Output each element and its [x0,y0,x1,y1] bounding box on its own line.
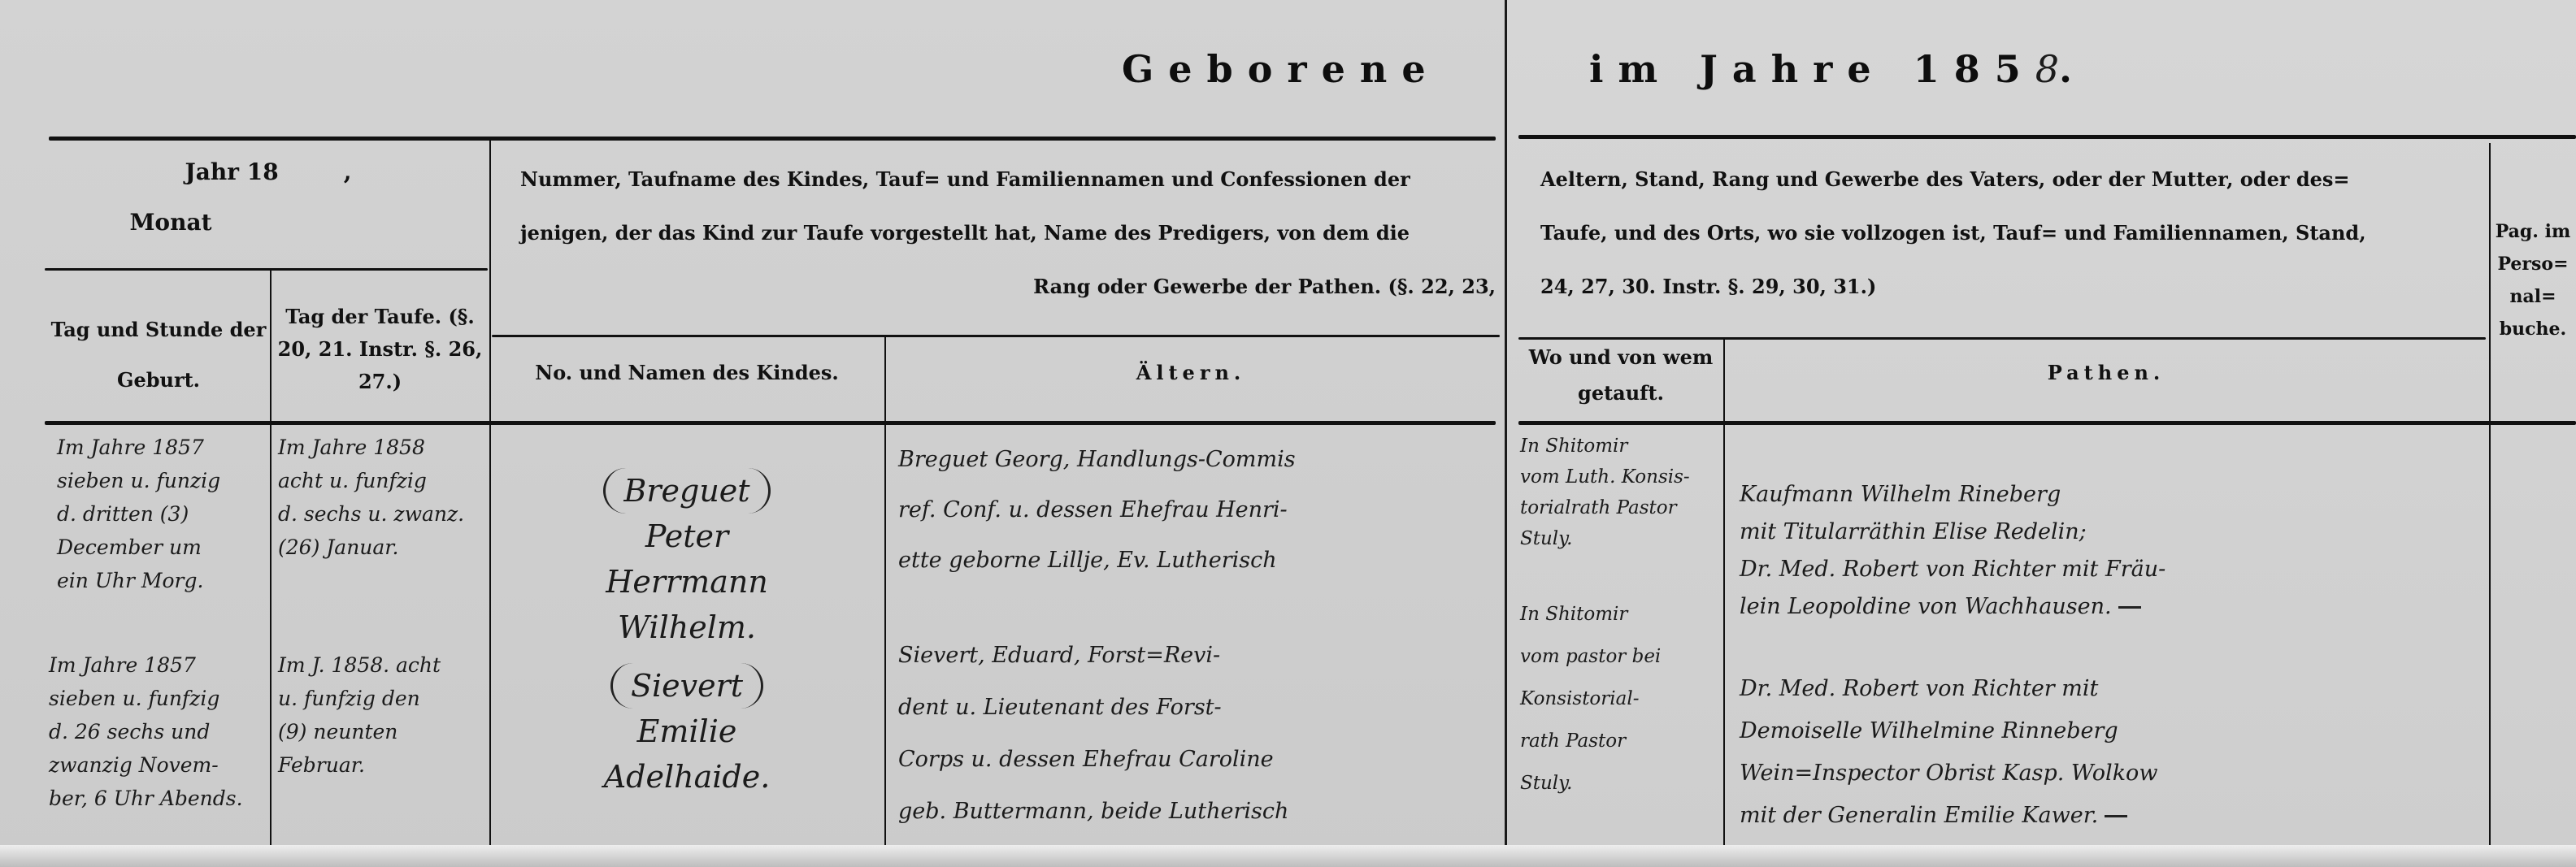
header-paragraph-right: Aeltern, Stand, Rang und Gewerbe des Vat… [1540,153,2475,314]
header-paragraph-left-line-3: Rang oder Gewerbe der Pathen. (§. 22, 23… [520,260,1496,314]
header-paragraph-left-line-1: Nummer, Taufname des Kindes, Tauf= und F… [520,153,1496,206]
header-top-rule [49,137,1496,141]
header-paragraph-left: Nummer, Taufname des Kindes, Tauf= und F… [520,153,1496,314]
entry-1-end-dash [2118,606,2141,609]
entry-1-birth: Im Jahre 1857 sieben u. funzig d. dritte… [57,431,268,597]
entry-1-godparents-text: Kaufmann Wilhelm Rineberg mit Titularrät… [1740,482,2165,619]
title-right: im Jahre 1858. [1589,47,2087,91]
body-top-rule-right [1518,421,2576,425]
header-paragraph-left-line-2: jenigen, der das Kind zur Taufe vorgeste… [520,206,1496,260]
col-header-pag: Pag. im Perso= nal= buche. [2492,215,2574,345]
divider-header-left [489,138,491,867]
col-header-parents: Ältern. [886,358,1496,388]
entry-2-child: Sievert Emilie Adelhaide. [496,618,878,845]
month-label: Monat [49,203,293,242]
entry-1-baptism: Im Jahre 1858 acht u. funfzig d. sechs u… [278,431,488,564]
entry-2-child-given: Emilie Adelhaide. [496,709,878,800]
year-label-comma: , [344,158,352,185]
title-year-handwritten-digit: 8 [2035,47,2059,91]
entry-2-godparents-text: Dr. Med. Robert von Richter mit Demoisel… [1740,676,2157,828]
entry-2-baptism: Im J. 1858. acht u. funfzig den (9) neun… [278,648,488,782]
entry-1-child-surname: Breguet [603,468,770,514]
entry-1-godparents: Kaufmann Wilhelm Rineberg mit Titularrät… [1740,439,2483,626]
header-paragraph-right-line-1: Aeltern, Stand, Rang und Gewerbe des Vat… [1540,153,2475,206]
entry-2-parents: Sievert, Eduard, Forst=Revi- dent u. Lie… [898,630,1500,838]
header-paragraph-right-line-3: 24, 27, 30. Instr. §. 29, 30, 31.) [1540,260,2475,314]
entry-2-child-surname: Sievert [610,663,763,709]
header-top-rule-right [1518,135,2576,139]
divider-child-parents [884,336,886,867]
divider-where-godparents [1723,339,1725,867]
page-bottom-edge [0,845,2576,867]
title-left: Geborene [1122,47,1440,91]
divider-pag [2489,143,2491,867]
entry-2-godparents: Dr. Med. Robert von Richter mit Demoisel… [1740,626,2483,837]
col-header-godparents: Pathen. [1725,358,2487,388]
year-month-rule [45,268,488,271]
title-right-suffix: . [2059,47,2087,91]
col-header-where: Wo und von wem getauft. [1520,340,1722,411]
title-right-prefix: im Jahre 185 [1589,47,2035,91]
entry-2-birth: Im Jahre 1857 sieben u. funfzig d. 26 se… [49,648,268,815]
year-label-text: Jahr 18 [185,158,279,185]
col-header-child: No. und Namen des Kindes. [492,358,882,388]
year-label: Jahr 18, [49,153,488,192]
col-header-birth: Tag und Stunde der Geburt. [49,305,268,405]
entry-1-where: In Shitomir vom Luth. Konsis- torialrath… [1520,431,1722,554]
entry-2-where: In Shitomir vom pastor bei Konsistorial-… [1520,593,1722,804]
book-spine [1505,0,1507,867]
subheader-rule-left [492,335,1500,337]
entry-1-parents: Breguet Georg, Handlungs-Commis ref. Con… [898,435,1500,586]
entry-2-end-dash [2105,815,2127,817]
col-header-baptism: Tag der Taufe. (§. 20, 21. Instr. §. 26,… [272,301,488,398]
divider-birth-baptism [270,268,272,867]
header-paragraph-right-line-2: Taufe, und des Orts, wo sie vollzogen is… [1540,206,2475,260]
